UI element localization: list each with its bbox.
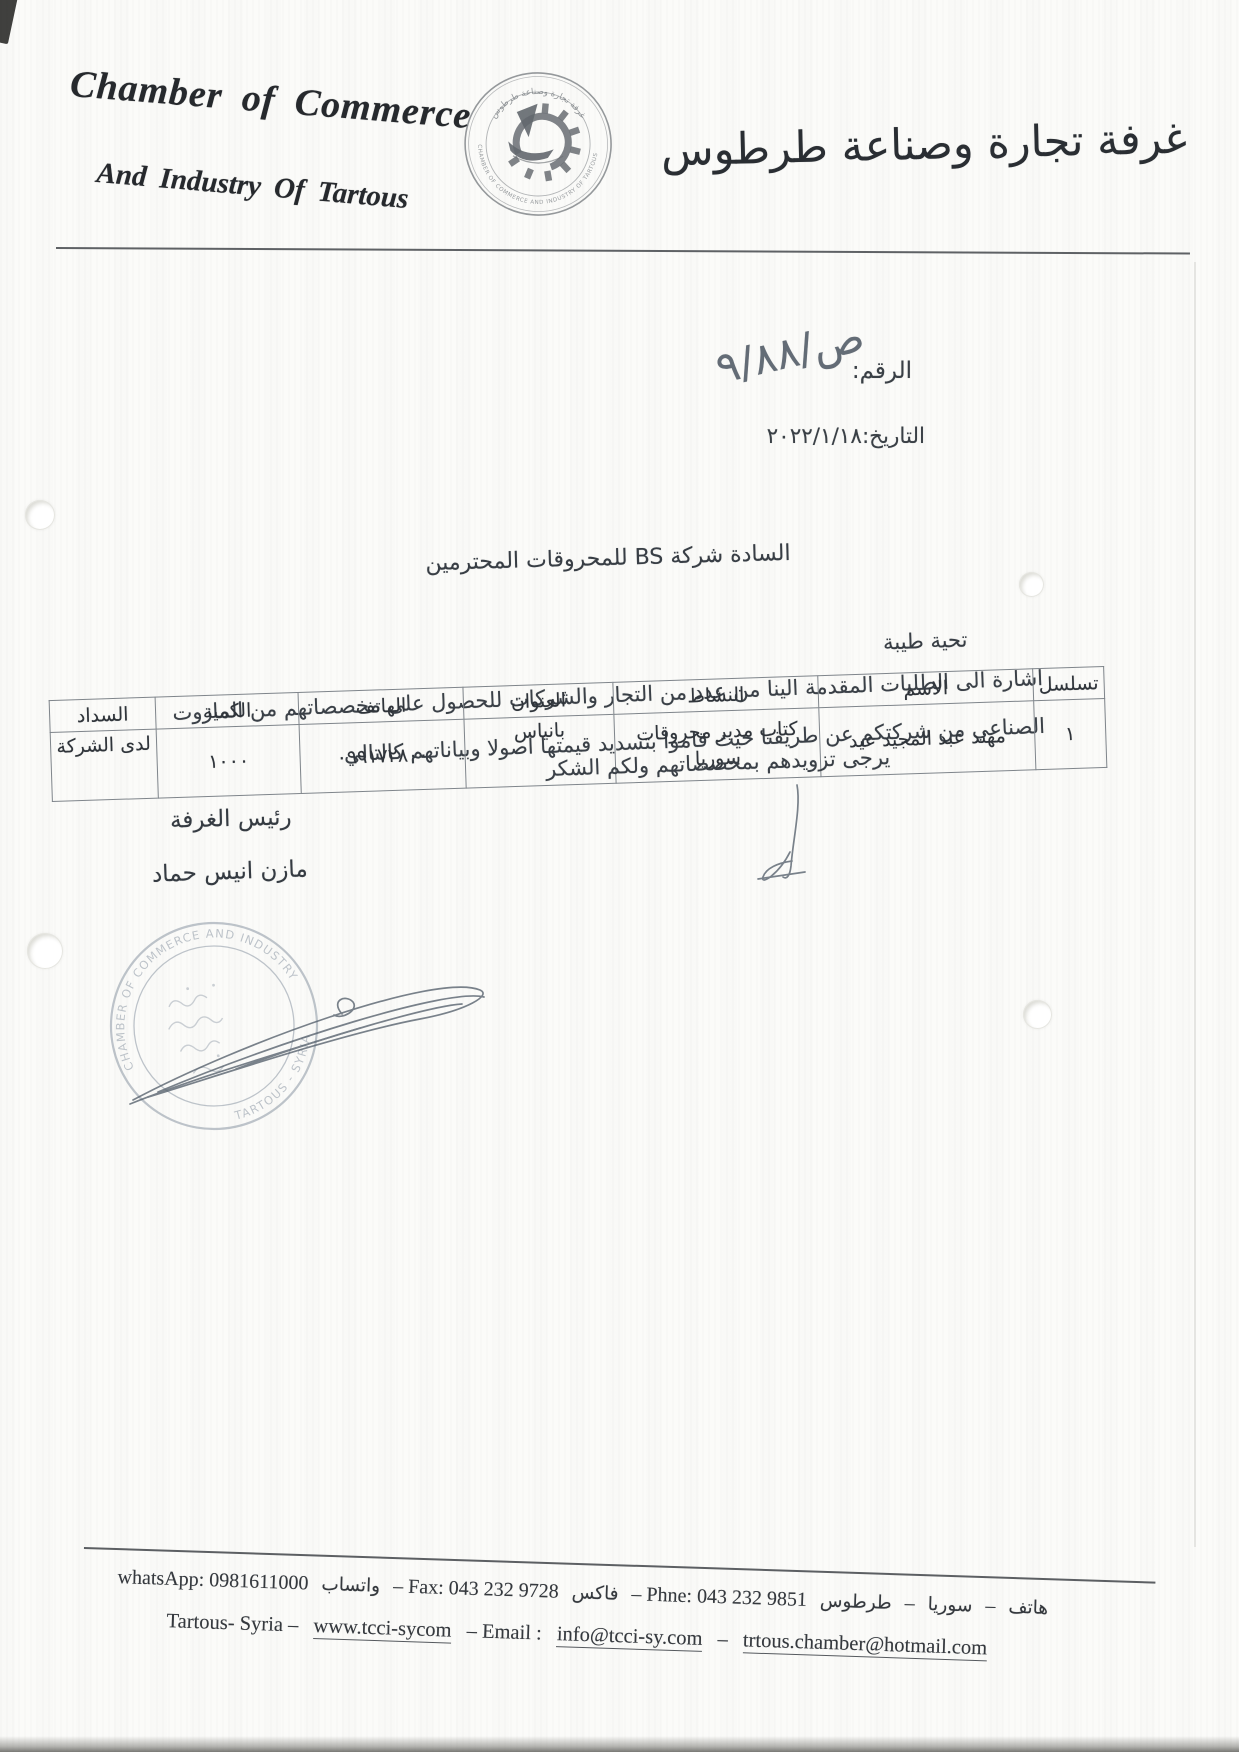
stamp-inner-arabic-marks bbox=[161, 981, 233, 1079]
cell-serial: ١ bbox=[1034, 698, 1107, 769]
scan-corner-mark bbox=[0, 0, 18, 44]
reference-number-handwritten: ص/٩/٨٨ bbox=[711, 312, 869, 395]
website-link: www.tcci-sycom bbox=[313, 1615, 452, 1644]
scanned-letter-page: Chamber of Commerce And Industry Of Tart… bbox=[0, 0, 1239, 1752]
punch-hole bbox=[1023, 1000, 1052, 1029]
footer-location-en: Tartous- Syria – bbox=[166, 1610, 298, 1636]
dash-separator: – bbox=[904, 1592, 915, 1614]
phone-label-ar: هاتف bbox=[1008, 1597, 1048, 1619]
stamp-arc-text-top: CHAMBER OF COMMERCE AND INDUSTRY bbox=[94, 909, 313, 1074]
email-secondary: trtous.chamber@hotmail.com bbox=[743, 1629, 988, 1661]
approval-mark bbox=[758, 785, 805, 880]
svg-text:CHAMBER OF COMMERCE AND INDUST: CHAMBER OF COMMERCE AND INDUSTRY bbox=[94, 909, 313, 1074]
chamber-logo-seal: غرفة تجارة وصناعة طرطوس CHAMBER OF COMME… bbox=[449, 57, 626, 233]
scan-bottom-edge bbox=[0, 1736, 1239, 1752]
cell-payment: لدى الشركة bbox=[50, 729, 158, 801]
country-label-ar: سوريا bbox=[927, 1594, 972, 1616]
dash-separator: – bbox=[717, 1628, 728, 1650]
signature-name: مازن انيس حماد bbox=[152, 856, 309, 887]
footer-web-line: Tartous- Syria – www.tcci-sycom – Email … bbox=[161, 1610, 992, 1661]
svg-text:CHAMBER OF COMMERCE AND INDUST: CHAMBER OF COMMERCE AND INDUSTRY OF TART… bbox=[471, 142, 599, 211]
allocations-table: تسلسل الاسم النشاط العنوان الهاتف الكمية… bbox=[49, 666, 1108, 802]
city-label-ar: طرطوس bbox=[820, 1590, 892, 1613]
email-label: – Email : bbox=[466, 1620, 542, 1644]
logo-ship-icon bbox=[507, 102, 558, 163]
cell-quantity: ١٠٠٠ bbox=[156, 724, 301, 798]
fax-number: – Fax: 043 232 9728 bbox=[393, 1575, 559, 1602]
letterhead-title-en-line1: Chamber of Commerce bbox=[69, 64, 473, 138]
punch-hole bbox=[25, 500, 55, 530]
official-stamp: CHAMBER OF COMMERCE AND INDUSTRY TARTOUS… bbox=[76, 888, 351, 1163]
phone-number: – Phne: 043 232 9851 bbox=[631, 1583, 807, 1611]
cell-phone: ٠٩٩١٧٢٨٠٠ bbox=[299, 719, 466, 793]
punch-hole bbox=[27, 933, 63, 969]
col-phone: الهاتف bbox=[298, 687, 464, 724]
letterhead-title-en-line2: And Industry Of Tartous bbox=[95, 158, 409, 216]
date-line: التاريخ:٢٠٢٢/١/١٨ bbox=[767, 424, 925, 449]
fax-label-ar: فاكس bbox=[571, 1582, 619, 1605]
col-serial: تسلسل bbox=[1033, 666, 1105, 700]
col-payment: السداد bbox=[49, 697, 156, 732]
header-divider-rule bbox=[56, 247, 1190, 255]
punch-hole bbox=[1019, 572, 1044, 597]
logo-ring-text-en: CHAMBER OF COMMERCE AND INDUSTRY OF TART… bbox=[471, 142, 599, 211]
whatsapp-label-ar: واتساب bbox=[321, 1574, 380, 1597]
paper-edge-line bbox=[1194, 262, 1196, 1547]
logo-gear-icon bbox=[504, 100, 585, 184]
dash-separator: – bbox=[985, 1595, 996, 1617]
whatsapp-number: whatsApp: 0981611000 bbox=[117, 1566, 309, 1594]
recipient-line: السادة شركة BS للمحروقات المحترمين bbox=[408, 540, 809, 576]
col-address: العنوان bbox=[463, 682, 614, 719]
greeting-line: تحية طيبة bbox=[882, 628, 967, 655]
logo-ring-text-ar: غرفة تجارة وصناعة طرطوس bbox=[489, 83, 590, 129]
svg-text:غرفة تجارة وصناعة طرطوس: غرفة تجارة وصناعة طرطوس bbox=[489, 83, 590, 129]
letterhead-title-ar: غرفة تجارة وصناعة طرطوس bbox=[661, 114, 1188, 177]
allocations-table-wrap: تسلسل الاسم النشاط العنوان الهاتف الكمية… bbox=[49, 666, 1108, 802]
email-primary: info@tcci-sy.com bbox=[556, 1623, 702, 1652]
signature-title: رئيس الغرفة bbox=[170, 804, 292, 833]
col-quantity: الكمية bbox=[155, 693, 299, 730]
